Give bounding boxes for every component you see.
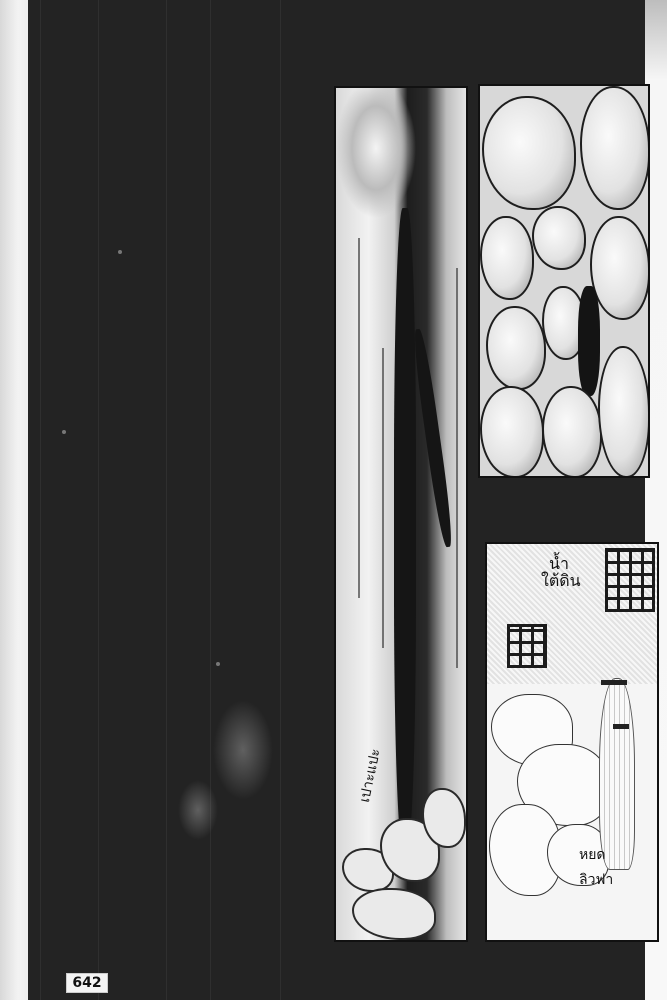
page-number: 642	[66, 973, 108, 993]
water-drip	[358, 238, 360, 598]
caption-underground-water: น้ำ ใต้ดิน	[541, 556, 581, 590]
stone	[486, 306, 546, 390]
belt	[613, 724, 629, 729]
faded-figure	[213, 700, 273, 800]
scan-line	[98, 0, 99, 1000]
faded-figure	[178, 780, 218, 840]
panel-rocks	[478, 84, 650, 478]
stone	[542, 386, 602, 478]
shadow-streak	[394, 208, 416, 848]
headband	[601, 680, 627, 685]
dust-speck	[62, 430, 66, 434]
sfx-drip-text: เปาะแปะ	[354, 747, 387, 805]
scan-line	[280, 0, 281, 1000]
page-margin-left	[0, 0, 30, 1000]
dust-speck	[118, 250, 122, 254]
shadow-streak	[411, 328, 455, 548]
rock	[352, 888, 436, 940]
caption-drip-sound: หยด ลิวฟา	[579, 848, 613, 887]
panel-cave-wall: เปาะแปะ	[334, 86, 468, 942]
girl-figure	[593, 672, 637, 872]
stone	[480, 216, 534, 300]
panel-girl-underground: น้ำ ใต้ดิน หยด ลิวฟา	[485, 542, 659, 942]
long-hair	[599, 678, 635, 870]
water-drip	[456, 268, 458, 668]
stone	[580, 86, 650, 210]
crevice-shadow	[578, 286, 600, 396]
caption-line: ลิวฟา	[579, 873, 613, 888]
barred-grate	[605, 548, 655, 612]
barred-grate	[507, 624, 547, 668]
scan-line	[40, 0, 41, 1000]
stone	[532, 206, 586, 270]
caption-line: ใต้ดิน	[541, 573, 581, 590]
scan-line	[210, 0, 211, 1000]
scan-line	[166, 0, 167, 1000]
stone	[482, 96, 576, 210]
stone	[590, 216, 650, 320]
dust-speck	[216, 662, 220, 666]
stone	[480, 386, 544, 478]
caption-line: หยด	[579, 848, 613, 863]
water-drip	[382, 348, 384, 648]
stone	[598, 346, 650, 478]
